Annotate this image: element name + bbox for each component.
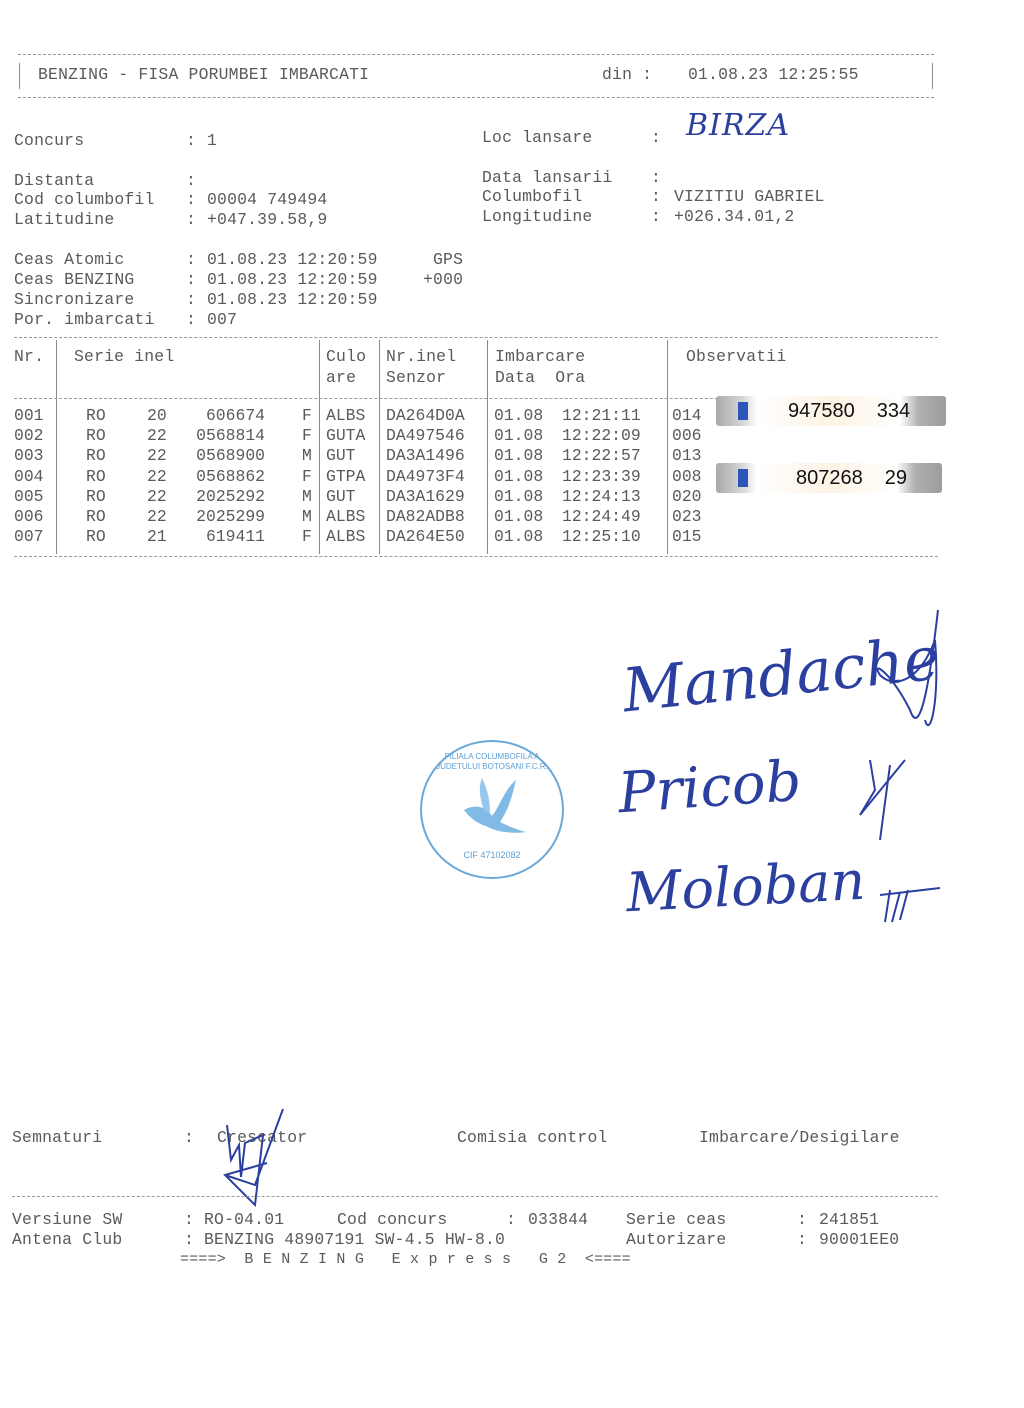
ceas-benzing-suffix: +000 [423,270,463,290]
cell-ring: 606674 [182,406,265,426]
col-sep [379,340,380,554]
cell-nr: 007 [14,527,44,547]
cell-time: 12:22:09 [562,426,641,446]
cell-date: 01.08 [494,507,543,527]
cell-color: ALBS [326,406,365,426]
comisia-control-label: Comisia control [457,1128,608,1148]
colon: : [186,270,196,290]
colon: : [651,128,661,148]
cell-year: 20 [147,406,167,426]
header-nr-inel-1: Nr.inel [386,347,456,367]
col-sep [319,340,320,554]
cell-ring: 0568900 [182,446,265,466]
cell-sex: M [302,487,312,507]
versiune-sw-value: RO-04.01 [204,1210,284,1230]
imbarcare-desigilare-label: Imbarcare/Desigilare [699,1128,900,1148]
sincronizare-value: 01.08.23 12:20:59 [207,290,378,310]
seal-number: 807268 [796,467,863,490]
cod-columbofil-label: Cod columbofil [14,190,155,210]
cell-obs: 014 [672,406,702,426]
document-title: BENZING - FISA PORUMBEI IMBARCATI [38,65,369,85]
cell-sensor: DA4973F4 [386,467,465,487]
din-label: din : [602,65,652,85]
ceas-atomic-suffix: GPS [433,250,463,270]
columbofil-label: Columbofil [482,187,582,207]
seal-sticker-1: 947580 334 [716,396,946,426]
colon: : [186,310,196,330]
cell-color: GUT [326,446,356,466]
serie-ceas-label: Serie ceas [626,1210,726,1230]
cell-sensor: DA264D0A [386,406,465,426]
cell-color: GTPA [326,467,365,487]
cell-date: 01.08 [494,446,543,466]
cell-sensor: DA3A1629 [386,487,465,507]
cell-sensor: DA264E50 [386,527,465,547]
semnaturi-label: Semnaturi [12,1128,102,1148]
autorizare-label: Autorizare [626,1230,726,1250]
cell-obs: 006 [672,426,702,446]
cell-date: 01.08 [494,467,543,487]
header-right-bar [932,63,933,89]
autorizare-value: 90001EE0 [819,1230,899,1250]
cell-date: 01.08 [494,406,543,426]
cell-time: 12:22:57 [562,446,641,466]
signature-2: Pricob [616,749,803,827]
table-top-rule [14,337,938,338]
cell-time: 12:25:10 [562,527,641,547]
cell-sensor: DA497546 [386,426,465,446]
cell-time: 12:24:49 [562,507,641,527]
cell-sex: F [302,406,312,426]
cell-time: 12:23:39 [562,467,641,487]
colon: : [186,131,196,151]
longitudine-value: +026.34.01,2 [674,207,794,227]
distanta-label: Distanta [14,171,94,191]
columbofil-value: VIZITIU GABRIEL [674,187,825,207]
cell-sensor: DA3A1496 [386,446,465,466]
flag-icon [738,402,748,420]
cell-country: RO [86,467,106,487]
antena-club-value: BENZING 48907191 SW-4.5 HW-8.0 [204,1230,505,1250]
col-sep [667,340,668,554]
cell-nr: 003 [14,446,44,466]
col-sep [56,340,57,554]
cell-sex: F [302,426,312,446]
header-top-rule [18,54,934,55]
concurs-label: Concurs [14,131,84,151]
cell-ring: 2025292 [182,487,265,507]
cell-time: 12:21:11 [562,406,641,426]
colon: : [186,190,196,210]
signature-3: Moloban [625,849,867,924]
header-nr-inel-2: Senzor [386,368,446,388]
cell-sex: M [302,446,312,466]
cell-obs: 023 [672,507,702,527]
versiune-sw-label: Versiune SW [12,1210,122,1230]
ceas-atomic-label: Ceas Atomic [14,250,124,270]
cell-year: 21 [147,527,167,547]
club-stamp: FILIALA COLUMBOFILA A JUDETULUI BOTOSANI… [420,740,564,879]
benzing-banner: ====> B E N Z I N G E x p r e s s G 2 <=… [180,1250,631,1270]
concurs-value: 1 [207,131,217,151]
colon: : [651,168,661,188]
loc-lansare-handwritten: BIRZA [686,108,790,143]
header-culoare-1: Culo [326,347,366,367]
colon: : [797,1230,807,1250]
cod-concurs-label: Cod concurs [337,1210,447,1230]
por-imbarcati-value: 007 [207,310,237,330]
cell-ring: 619411 [182,527,265,547]
ceas-benzing-label: Ceas BENZING [14,270,134,290]
dove-icon [456,776,528,838]
cell-color: GUTA [326,426,365,446]
cell-sex: F [302,527,312,547]
header-left-bar [19,63,20,89]
cell-ring: 0568814 [182,426,265,446]
cell-year: 22 [147,446,167,466]
cell-time: 12:24:13 [562,487,641,507]
colon: : [651,207,661,227]
header-imbarcare-2: Data Ora [495,368,585,388]
colon: : [186,290,196,310]
crescator-signature [215,1105,295,1215]
cell-ring: 0568862 [182,467,265,487]
cell-sex: M [302,507,312,527]
cell-obs: 013 [672,446,702,466]
footer-rule [12,1196,938,1197]
stamp-text-top: FILIALA COLUMBOFILA A JUDETULUI BOTOSANI… [434,752,550,772]
cell-date: 01.08 [494,487,543,507]
por-imbarcati-label: Por. imbarcati [14,310,155,330]
colon: : [184,1128,194,1148]
seal-sticker-2: 807268 29 [716,463,942,493]
cell-obs: 008 [672,467,702,487]
cell-nr: 005 [14,487,44,507]
header-culoare-2: are [326,368,356,388]
ceas-atomic-value: 01.08.23 12:20:59 [207,250,378,270]
colon: : [186,250,196,270]
serie-ceas-value: 241851 [819,1210,879,1230]
latitudine-label: Latitudine [14,210,114,230]
colon: : [797,1210,807,1230]
cod-columbofil-value: 00004 749494 [207,190,327,210]
cell-year: 22 [147,426,167,446]
longitudine-label: Longitudine [482,207,592,227]
cell-color: ALBS [326,527,365,547]
cell-nr: 002 [14,426,44,446]
cell-country: RO [86,446,106,466]
seal-suffix: 334 [877,400,910,423]
seal-number: 947580 [788,400,855,423]
cell-country: RO [86,527,106,547]
data-lansarii-label: Data lansarii [482,168,612,188]
cell-country: RO [86,406,106,426]
colon: : [506,1210,516,1230]
antena-club-label: Antena Club [12,1230,122,1250]
latitudine-value: +047.39.58,9 [207,210,327,230]
cell-date: 01.08 [494,426,543,446]
cell-ring: 2025299 [182,507,265,527]
cell-nr: 006 [14,507,44,527]
header-serie-inel: Serie inel [74,347,174,367]
cell-nr: 001 [14,406,44,426]
header-nr: Nr. [14,347,44,367]
cell-year: 22 [147,487,167,507]
colon: : [186,210,196,230]
col-sep [487,340,488,554]
sincronizare-label: Sincronizare [14,290,134,310]
cell-country: RO [86,426,106,446]
cod-concurs-value: 033844 [528,1210,588,1230]
cell-country: RO [86,487,106,507]
cell-obs: 015 [672,527,702,547]
loc-lansare-label: Loc lansare [482,128,592,148]
colon: : [651,187,661,207]
ceas-benzing-value: 01.08.23 12:20:59 [207,270,378,290]
colon: : [184,1230,194,1250]
cell-year: 22 [147,507,167,527]
header-observatii: Observatii [686,347,786,367]
cell-sex: F [302,467,312,487]
cell-color: ALBS [326,507,365,527]
header-bottom-rule [18,97,934,98]
seal-suffix: 29 [885,467,907,490]
initials-marks [850,600,950,930]
cell-year: 22 [147,467,167,487]
table-bottom-rule [14,556,938,557]
colon: : [186,171,196,191]
cell-obs: 020 [672,487,702,507]
cell-date: 01.08 [494,527,543,547]
cell-color: GUT [326,487,356,507]
colon: : [184,1210,194,1230]
header-imbarcare-1: Imbarcare [495,347,585,367]
cell-nr: 004 [14,467,44,487]
din-value: 01.08.23 12:25:55 [688,65,859,85]
cell-sensor: DA82ADB8 [386,507,465,527]
stamp-text-bottom: CIF 47102082 [442,850,542,860]
cell-country: RO [86,507,106,527]
flag-icon [738,469,748,487]
